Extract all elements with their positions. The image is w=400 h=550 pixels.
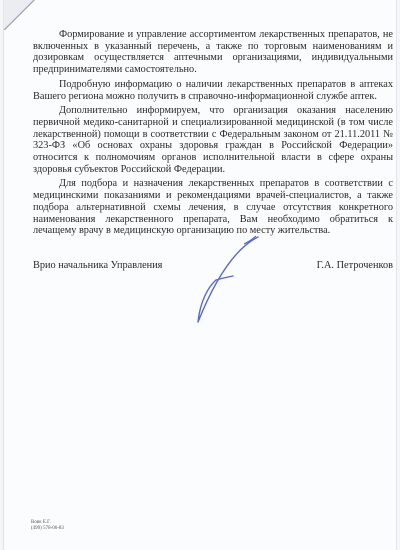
document-page: Формирование и управление ассортиментом …: [3, 0, 397, 550]
signatory-title: Врио начальника Управления: [33, 260, 162, 271]
paragraph-doctor: Для подбора и назначения лекарственных п…: [33, 178, 393, 237]
executor-footer: Вовк Е.Г. (499) 578-06-83: [31, 520, 64, 532]
letter-body: Формирование и управление ассортиментом …: [33, 29, 393, 237]
handwritten-signature: [178, 232, 268, 332]
page-fold-corner: [3, 0, 35, 30]
paragraph-assortment: Формирование и управление ассортиментом …: [33, 29, 393, 76]
paragraph-info: Подробную информацию о наличии лекарстве…: [33, 79, 393, 102]
paragraph-law: Дополнительно информируем, что организац…: [33, 105, 393, 175]
executor-phone: (499) 578-06-83: [31, 526, 64, 532]
signatory-name: Г.А. Петроченков: [317, 260, 393, 271]
